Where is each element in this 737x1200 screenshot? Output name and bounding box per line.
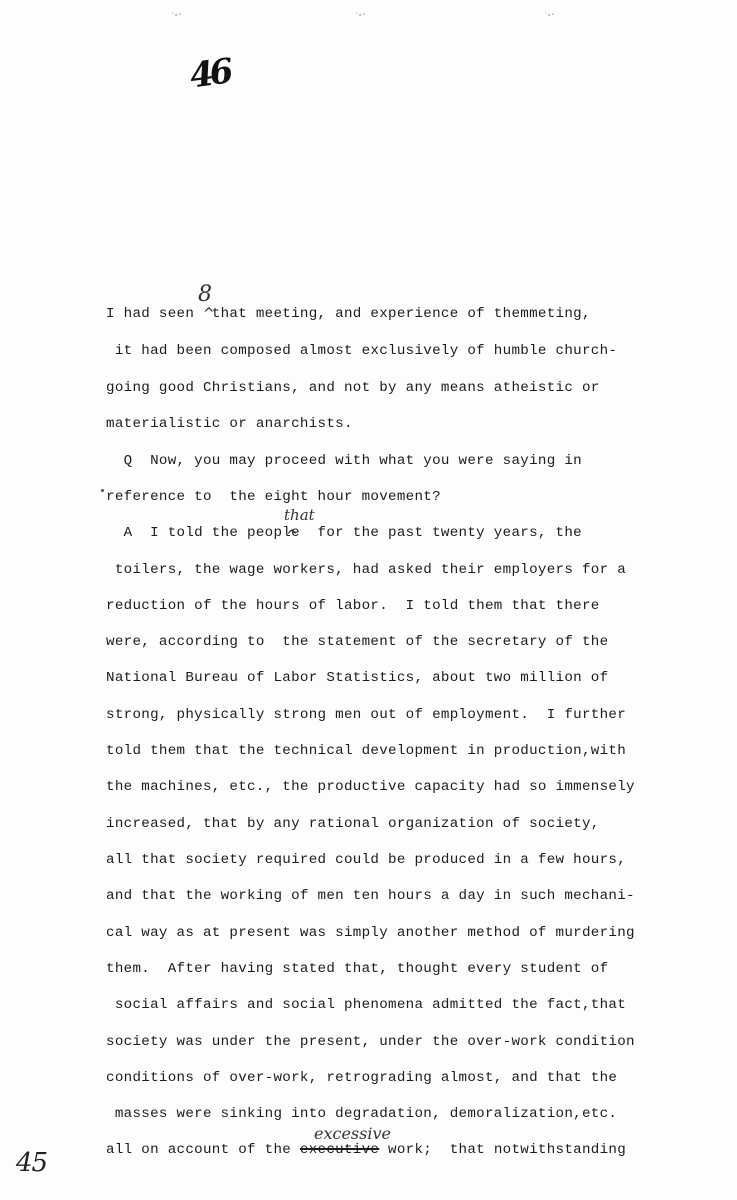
text-line-21: society was under the present, under the… — [106, 1034, 635, 1050]
text-line-20: social affairs and social phenomena admi… — [106, 997, 626, 1013]
ink-speck — [101, 489, 104, 492]
text-line-5: Q Now, you may proceed with what you wer… — [106, 453, 582, 469]
text-line-10: were, according to the statement of the … — [106, 634, 608, 650]
text-line-15: increased, that by any rational organiza… — [106, 816, 600, 832]
text-line-7: A I told the people for the past twenty … — [106, 525, 582, 541]
last-line-start: all on account of the — [106, 1142, 300, 1158]
text-line-9: reduction of the hours of labor. I told … — [106, 598, 600, 614]
text-line-22: conditions of over-work, retrograding al… — [106, 1070, 617, 1086]
last-line-end: work; that notwithstanding — [379, 1142, 626, 1158]
text-line-16: all that society required could be produ… — [106, 852, 626, 868]
text-line-23: masses were sinking into degradation, de… — [106, 1106, 617, 1122]
punch-hole-mark — [172, 0, 182, 16]
handwritten-page-number-top: 46 — [187, 51, 232, 96]
text-line-17: and that the working of men ten hours a … — [106, 888, 635, 904]
text-line-4: materialistic or anarchists. — [106, 416, 353, 432]
text-line-13: told them that the technical development… — [106, 743, 626, 759]
text-line-1: I had seen that meeting, and experience … — [106, 306, 591, 322]
handwritten-page-number-bottom: 45 — [16, 1148, 47, 1178]
text-line-11: National Bureau of Labor Statistics, abo… — [106, 670, 608, 686]
text-line-19: them. After having stated that, thought … — [106, 961, 608, 977]
text-line-12: strong, physically strong men out of emp… — [106, 707, 626, 723]
text-line-8: toilers, the wage workers, had asked the… — [106, 562, 626, 578]
handwritten-insert-8: 8 — [198, 282, 212, 307]
handwritten-insert-that: that — [284, 506, 315, 524]
text-line-3: going good Christians, and not by any me… — [106, 380, 600, 396]
document-page: 46 8 ^ I had seen that meeting, and expe… — [0, 0, 737, 1200]
struck-word: executive — [300, 1142, 379, 1158]
text-line-24: all on account of the executive work; th… — [106, 1142, 626, 1158]
text-line-18: cal way as at present was simply another… — [106, 925, 635, 941]
text-line-6: reference to the eight hour movement? — [106, 489, 441, 505]
text-line-14: the machines, etc., the productive capac… — [106, 779, 635, 795]
punch-hole-mark — [545, 0, 555, 16]
handwritten-insert-excessive: excessive — [314, 1124, 391, 1143]
punch-hole-mark — [356, 0, 366, 16]
text-line-2: it had been composed almost exclusively … — [106, 343, 617, 359]
